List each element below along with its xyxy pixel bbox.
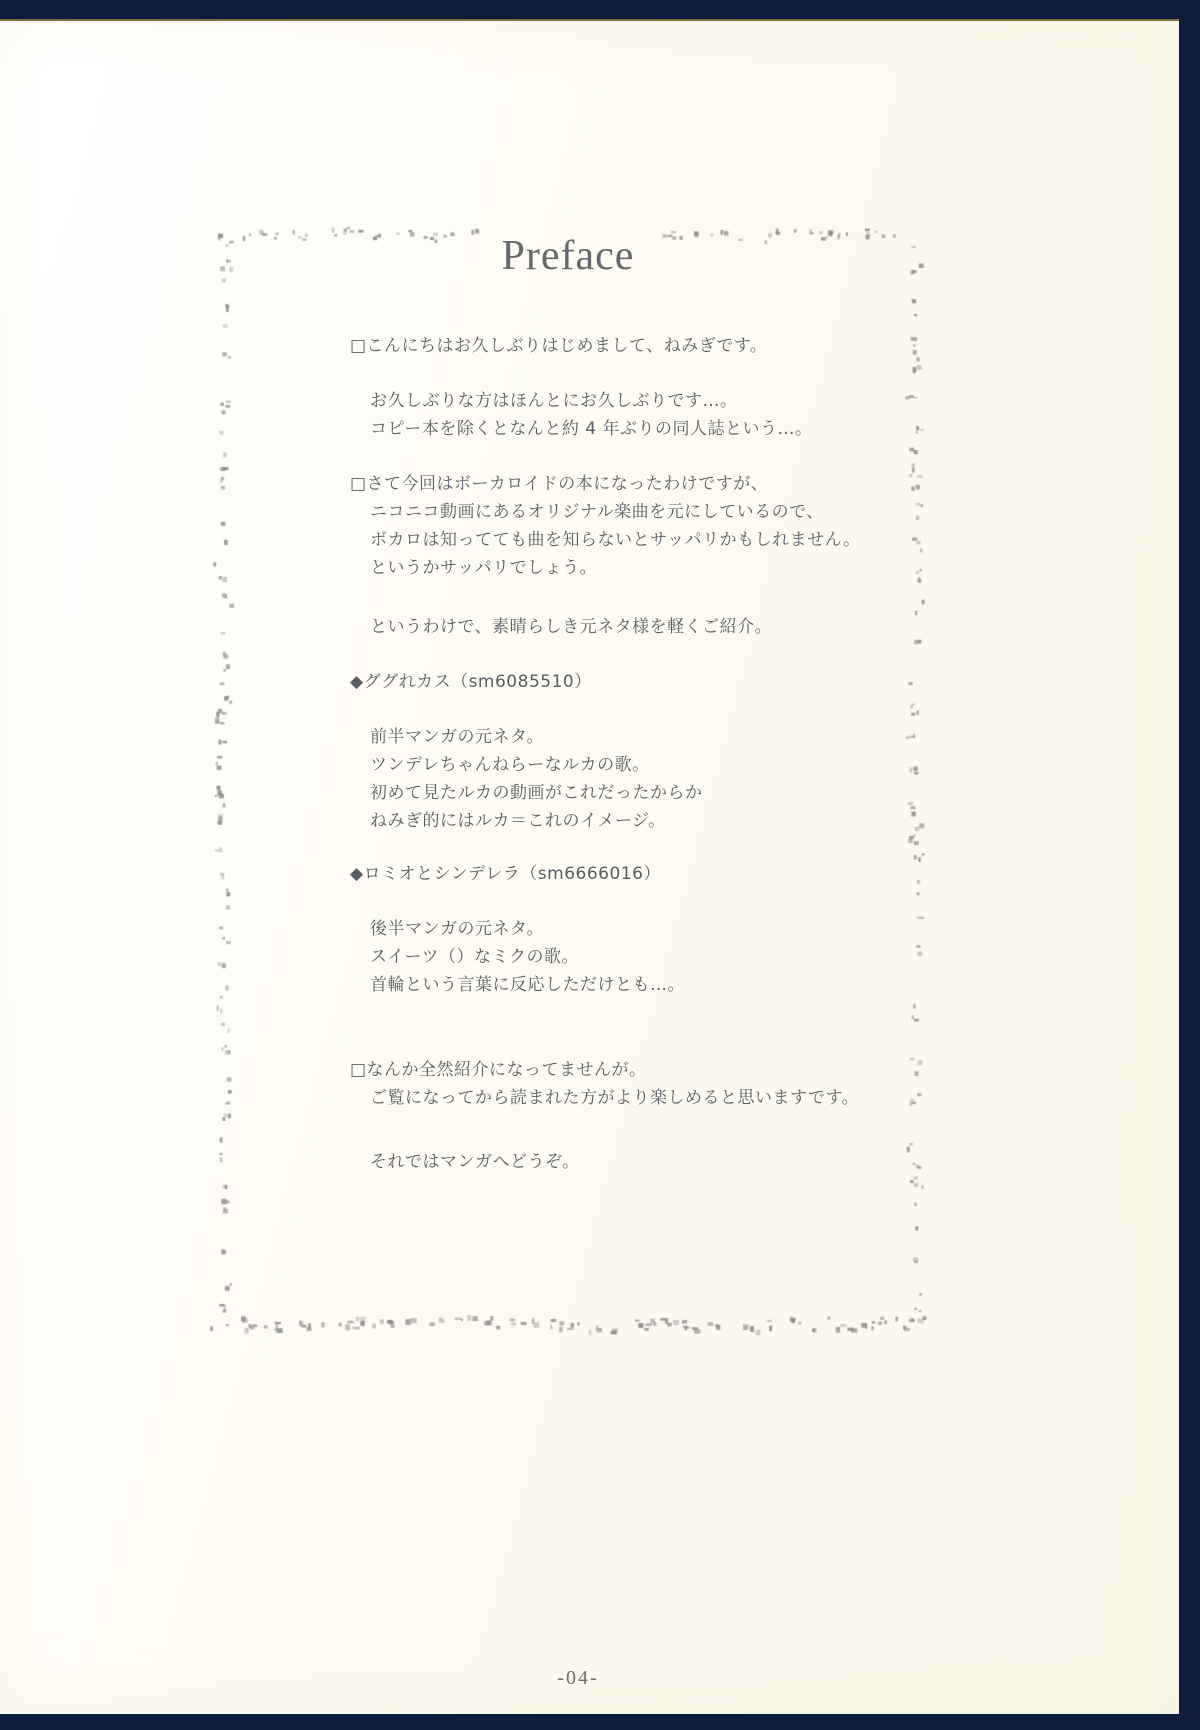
text-line: 前半マンガの元ネタ。 [370, 723, 861, 751]
text-line: □さて今回はボーカロイドの本になったわけですが、 [350, 470, 861, 498]
text-line: ツンデレちゃんねらーなルカの歌。 [370, 751, 861, 779]
scan-root: { "page": { "title": "Preface", "page_nu… [0, 0, 1200, 1730]
preface-text: □こんにちはお久しぶりはじめまして、ねみぎです。 お久しぶりな方はほんとにお久し… [350, 332, 861, 1176]
text-line: 後半マンガの元ネタ。 [370, 915, 861, 943]
text-line: ◆ロミオとシンデレラ（sm6666016） [350, 860, 861, 888]
scanned-page: Preface □こんにちはお久しぶりはじめまして、ねみぎです。 お久しぶりな方… [0, 19, 1179, 1714]
text-line: コピー本を除くとなんと約 4 年ぶりの同人誌という…。 [370, 415, 861, 443]
text-line: というわけで、素晴らしき元ネタ様を軽くご紹介。 [370, 613, 861, 641]
text-line: それではマンガへどうぞ。 [370, 1148, 861, 1176]
page-number: -04- [0, 1667, 1156, 1690]
text-line: □こんにちはお久しぶりはじめまして、ねみぎです。 [350, 332, 861, 360]
text-line: スイーツ（）なミクの歌。 [370, 943, 861, 971]
text-line: ご覧になってから読まれた方がより楽しめると思いますです。 [370, 1084, 861, 1112]
text-line: ◆ググれカス（sm6085510） [350, 668, 861, 696]
text-line: 初めて見たルカの動画がこれだったからか [370, 779, 861, 807]
text-line: ボカロは知ってても曲を知らないとサッパリかもしれません。 [370, 526, 861, 554]
page-title: Preface [0, 233, 1136, 279]
text-line: 首輪という言葉に反応しただけとも…。 [370, 971, 861, 999]
text-line: お久しぶりな方はほんとにお久しぶりです…。 [370, 387, 861, 415]
text-line: ねみぎ的にはルカ＝これのイメージ。 [370, 807, 861, 835]
text-line: □なんか全然紹介になってませんが。 [350, 1056, 861, 1084]
text-line: ニコニコ動画にあるオリジナル楽曲を元にしているので、 [370, 498, 861, 526]
text-line: というかサッパリでしょう。 [370, 554, 861, 582]
